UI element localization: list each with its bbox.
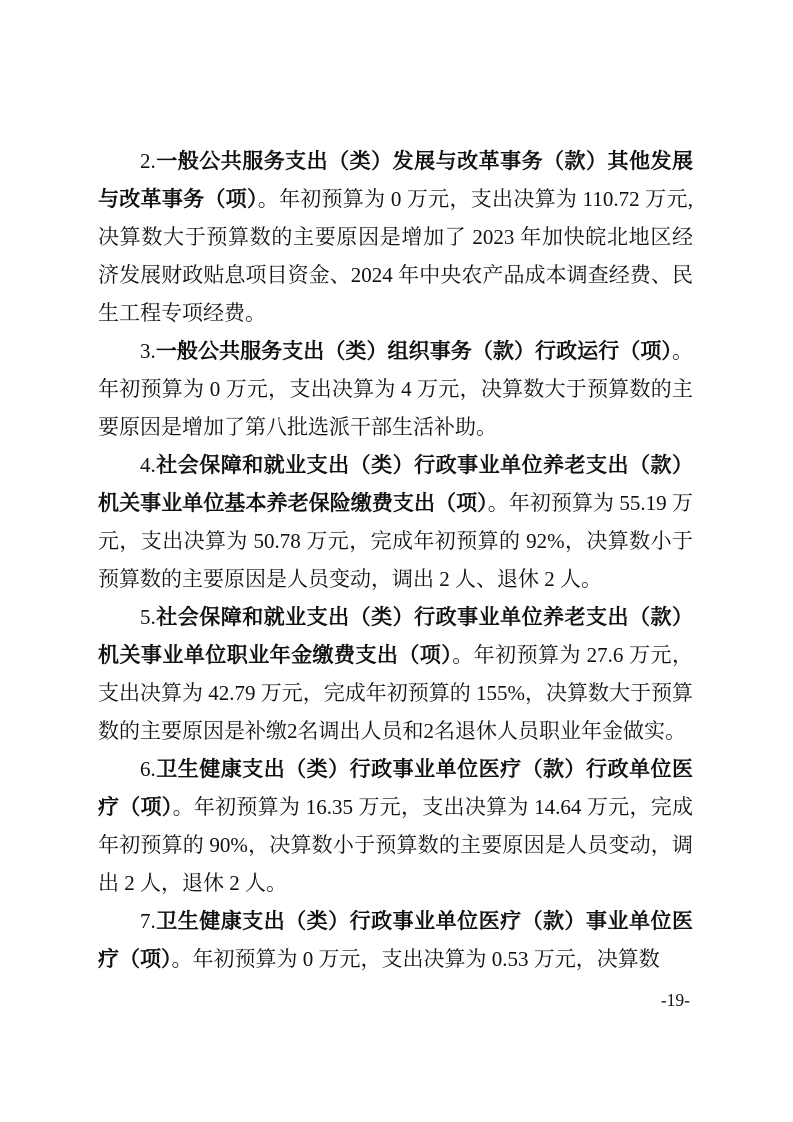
budget-item-paragraph-5: 5.社会保障和就业支出（类）行政事业单位养老支出（款）机关事业单位职业年金缴费支… xyxy=(98,598,693,750)
document-page: 2.一般公共服务支出（类）发展与改革事务（款）其他发展与改革事务（项）。年初预算… xyxy=(0,0,793,1122)
item-number: 5. xyxy=(140,605,156,629)
budget-item-paragraph-3: 3.一般公共服务支出（类）组织事务（款）行政运行（项）。年初预算为 0 万元，支… xyxy=(98,332,693,446)
item-number: 3. xyxy=(140,339,156,363)
budget-item-detail: 。年初预算为 16.35 万元，支出决算为 14.64 万元，完成年初预算的 9… xyxy=(98,795,693,895)
budget-item-paragraph-7: 7.卫生健康支出（类）行政事业单位医疗（款）事业单位医疗（项）。年初预算为 0 … xyxy=(98,902,693,978)
item-number: 6. xyxy=(140,757,156,781)
budget-item-paragraph-4: 4.社会保障和就业支出（类）行政事业单位养老支出（款）机关事业单位基本养老保险缴… xyxy=(98,446,693,598)
item-number: 7. xyxy=(140,909,156,933)
item-number: 2. xyxy=(140,149,156,173)
item-number: 4. xyxy=(140,453,156,477)
budget-category-title: 一般公共服务支出（类）组织事务（款）行政运行（项） xyxy=(156,339,672,363)
budget-item-detail: 。年初预算为 0 万元，支出决算为 0.53 万元，决算数 xyxy=(172,947,660,971)
page-number: -19- xyxy=(661,989,690,1011)
budget-item-paragraph-6: 6.卫生健康支出（类）行政事业单位医疗（款）行政单位医疗（项）。年初预算为 16… xyxy=(98,750,693,902)
budget-item-paragraph-2: 2.一般公共服务支出（类）发展与改革事务（款）其他发展与改革事务（项）。年初预算… xyxy=(98,142,693,332)
document-body-text: 2.一般公共服务支出（类）发展与改革事务（款）其他发展与改革事务（项）。年初预算… xyxy=(98,142,693,978)
